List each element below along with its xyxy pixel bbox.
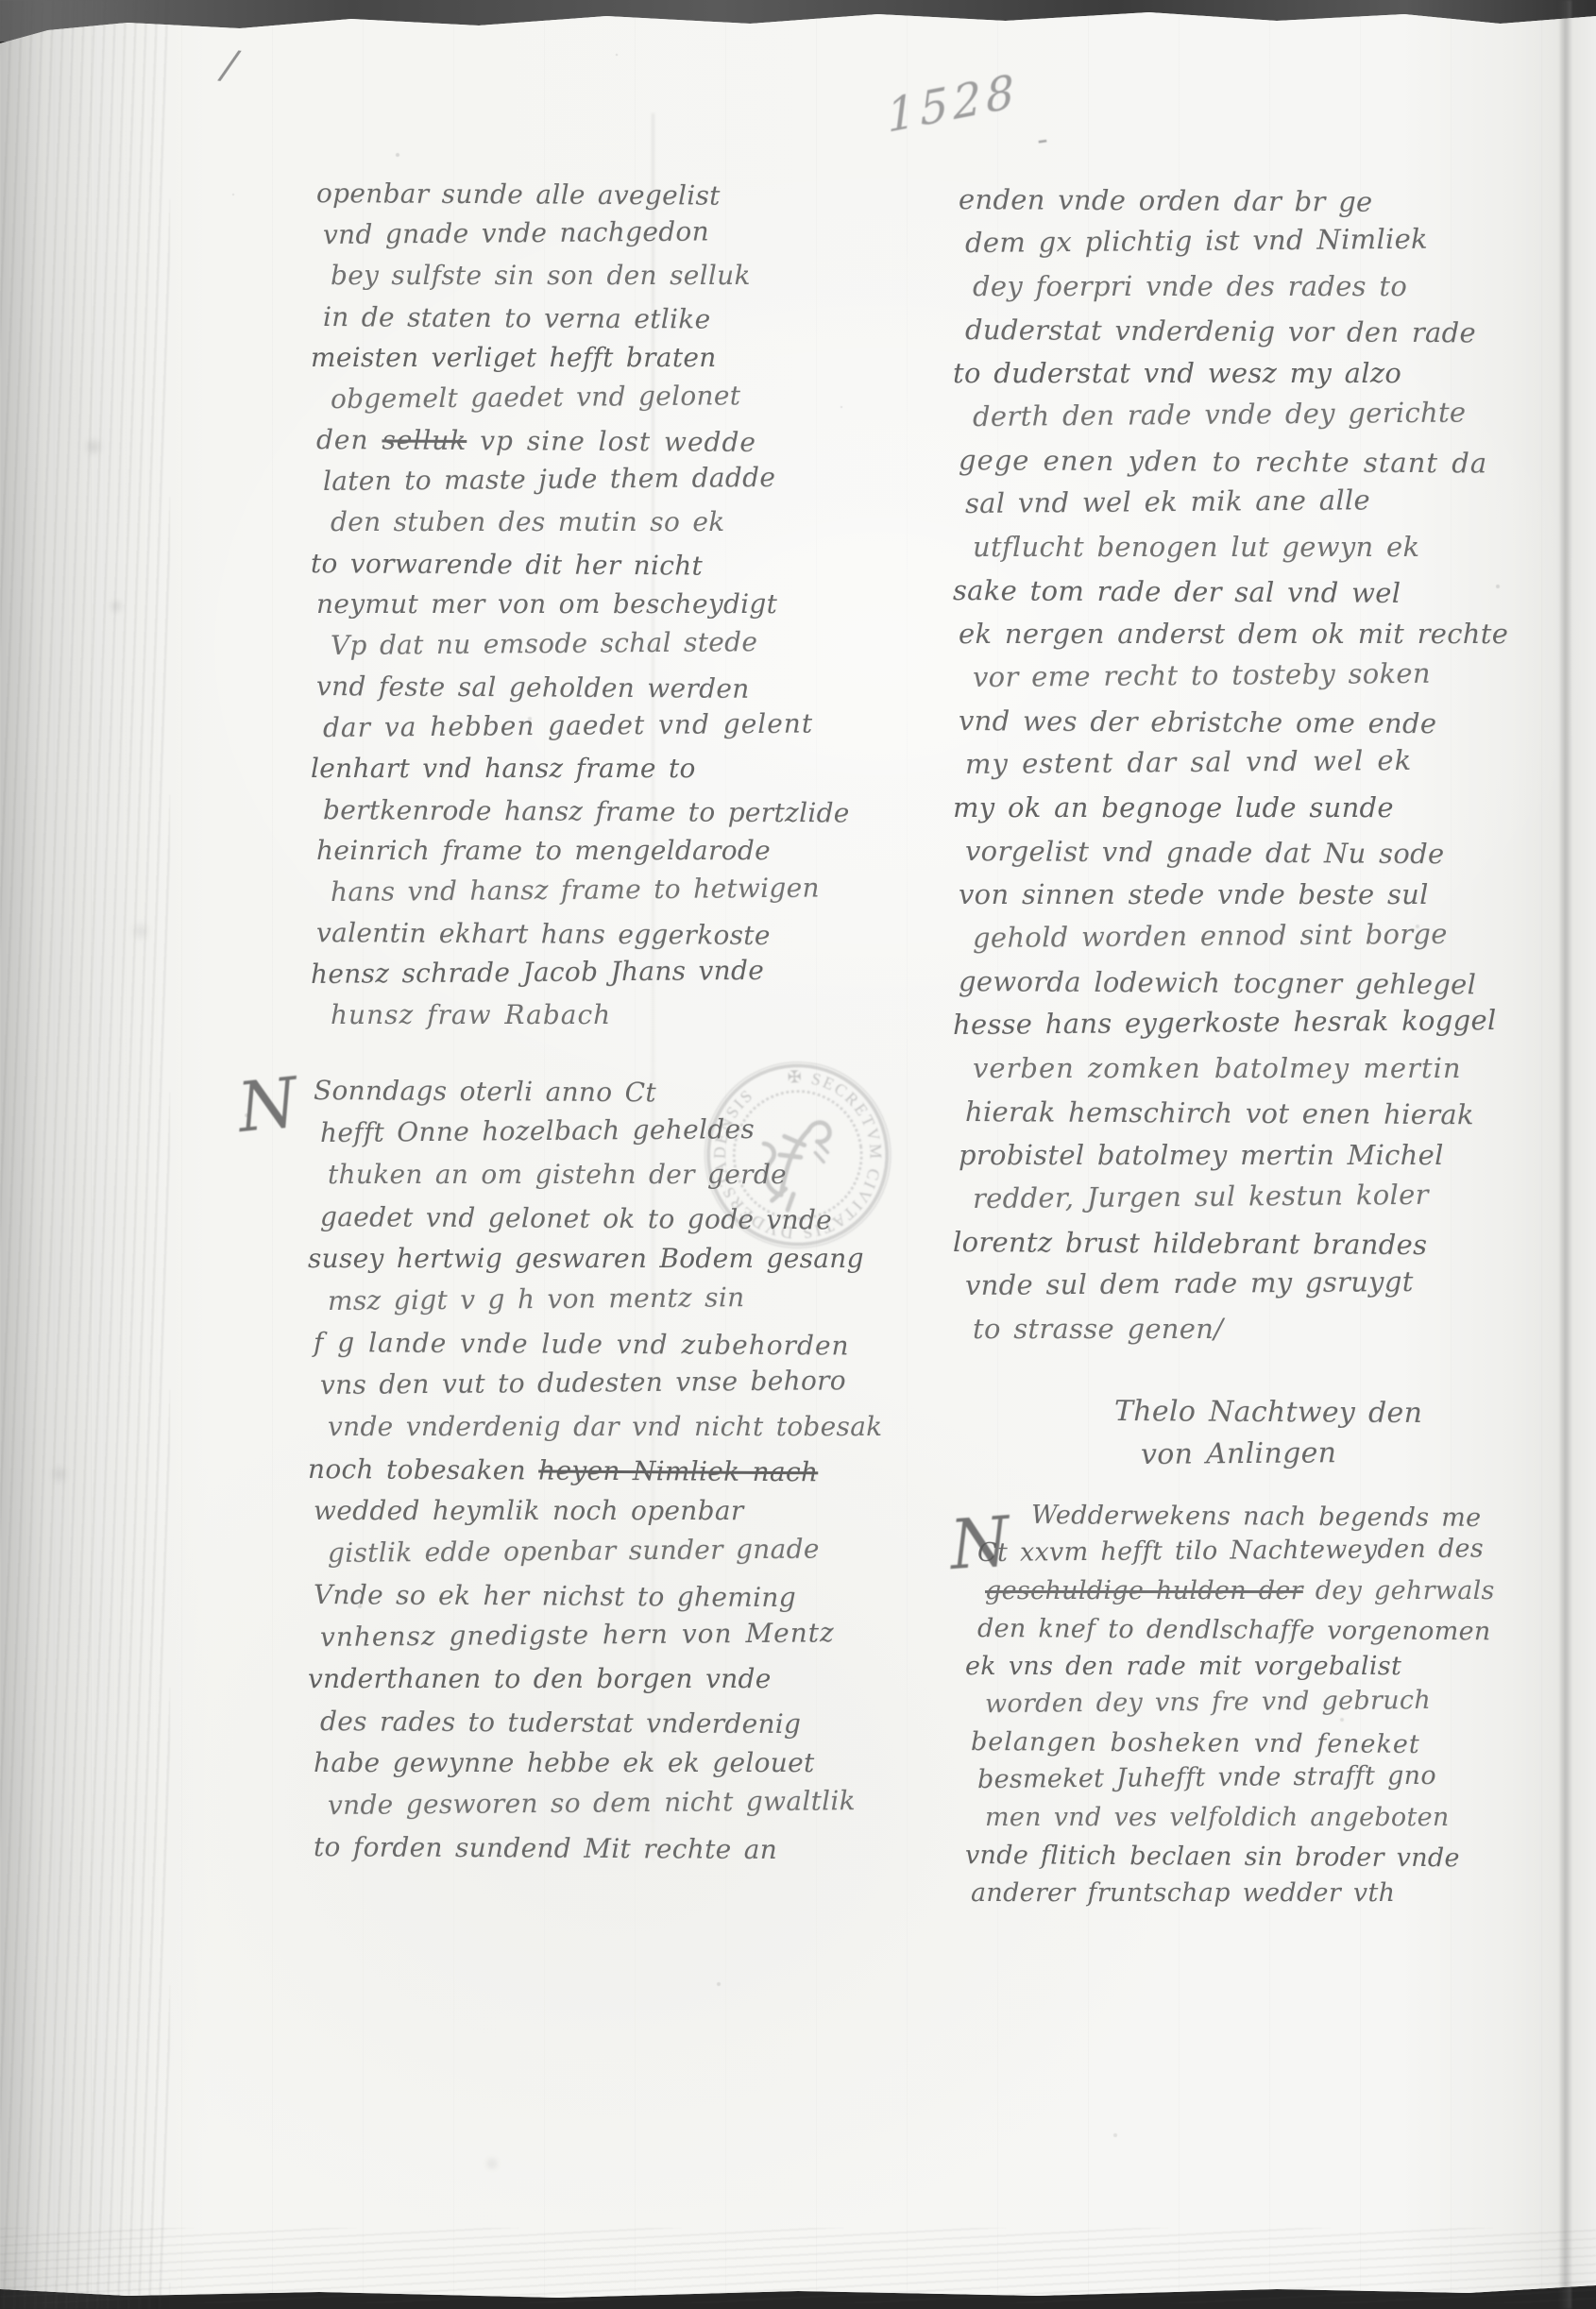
- manuscript-line: susey hertwig geswaren Bodem gesang: [308, 1238, 663, 1281]
- manuscript-line: utflucht benogen lut gewyn ek: [973, 525, 1384, 569]
- manuscript-line: gege enen yden to rechte stant da: [959, 438, 1384, 484]
- manuscript-line: gaedet vnd gelonet ok to gode vnde: [320, 1197, 663, 1241]
- manuscript-line: obgemelt gaedet vnd gelonet: [331, 375, 656, 419]
- manuscript-line: ek nergen anderst dem ok mit rechte: [959, 612, 1384, 655]
- manuscript-line: den selluk vp sine lost wedde: [316, 419, 656, 463]
- manuscript-line: derth den rade vnde dey gerichte: [973, 391, 1384, 438]
- manuscript-line: dey foerpri vnde des rades to: [973, 264, 1384, 308]
- line-text: vp sine lost wedde: [467, 425, 756, 458]
- manuscript-line: hensz schrade Jacob Jhans vnde: [311, 950, 656, 994]
- manuscript-line: von Anlingen: [1141, 1431, 1417, 1477]
- manuscript-line: den stuben des mutin so ek: [331, 501, 656, 543]
- manuscript-line: Vnde so ek her nichst to gheming: [314, 1574, 663, 1619]
- manuscript-line: Sonndags oterli anno Ct: [314, 1070, 663, 1114]
- manuscript-line: f g lande vnde lude vnd zubehorden: [314, 1322, 663, 1367]
- text-block-right-2: Wedderwekens nach begends meCt xxvm heff…: [971, 1497, 1386, 1912]
- manuscript-line: vnd feste sal geholden werden: [316, 666, 656, 709]
- manuscript-line: des rades to tuderstat vnderdenig: [320, 1701, 663, 1745]
- manuscript-line: sake tom rade der sal vnd wel: [953, 569, 1384, 615]
- manuscript-line: gistlik edde openbar sunder gnade: [328, 1529, 663, 1574]
- manuscript-line: Thelo Nachtwey den: [1114, 1390, 1417, 1435]
- manuscript-line: habe gewynne hebbe ek ek gelouet: [314, 1742, 663, 1785]
- line-text: noch tobesaken: [308, 1453, 538, 1486]
- manuscript-line: vor eme recht to tosteby soken: [973, 652, 1384, 699]
- manuscript-line: noch tobesaken heyen Nimliek nach: [308, 1449, 663, 1493]
- manuscript-line: hunsz fraw Rabach: [331, 994, 656, 1036]
- manuscript-line: geworda lodewich tocgner gehlegel: [959, 959, 1384, 1006]
- manuscript-line: besmeket Juhefft vnde strafft gno: [977, 1757, 1386, 1799]
- manuscript-line: vnderthanen to den borgen vnde: [308, 1658, 663, 1701]
- signature-block: Thelo Nachtwey denvon Anlingen: [1114, 1390, 1417, 1477]
- manuscript-line: men vnd ves velfoldich angeboten: [985, 1799, 1386, 1837]
- manuscript-line: worden dey vns fre vnd gebruch: [985, 1682, 1386, 1723]
- text-block-right-1: enden vnde orden dar br gedem gx plichti…: [959, 178, 1384, 1350]
- manuscript-line: vns den vut to dudesten vnse behoro: [320, 1361, 663, 1406]
- manuscript-line: my estent dar sal vnd wel ek: [965, 739, 1384, 786]
- manuscript-line: den knef to dendlschaffe vorgenomen: [977, 1610, 1386, 1651]
- manuscript-line: hans vnd hansz frame to hetwigen: [331, 868, 656, 912]
- manuscript-line: probistel batolmey mertin Michel: [959, 1133, 1384, 1177]
- manuscript-line: in de staten to verna etlike: [323, 297, 656, 340]
- binding-gutter: [0, 0, 170, 2309]
- manuscript-line: hierak hemschirch vot enen hierak: [965, 1090, 1384, 1136]
- line-text: den: [316, 424, 382, 455]
- line-text: dey gehrwals: [1303, 1576, 1495, 1605]
- manuscript-line: bey sulfste sin son den selluk: [331, 255, 656, 297]
- manuscript-line: vnde sul dem rade my gsruygt: [965, 1260, 1384, 1307]
- manuscript-line: laten to maste jude them dadde: [323, 457, 656, 501]
- manuscript-line: vorgelist vnd gnade dat Nu sode: [965, 829, 1384, 875]
- manuscript-line: vnhensz gnedigste hern von Mentz: [320, 1613, 663, 1658]
- manuscript-line: gehold worden ennod sint borge: [973, 912, 1384, 959]
- struck-text: heyen Nimliek nach: [538, 1454, 818, 1487]
- scan-background: / 1528 - ✠ SECRETVM CIVITATIS DVDERSTADE…: [0, 0, 1596, 2309]
- manuscript-line: wedded heymlik noch openbar: [314, 1490, 663, 1533]
- manuscript-line: lorentz brust hildebrant brandes: [953, 1220, 1384, 1266]
- struck-text: selluk: [382, 424, 467, 456]
- manuscript-line: hesse hans eygerkoste hesrak koggel: [953, 999, 1384, 1046]
- manuscript-line: neymut mer von om bescheydigt: [316, 584, 656, 625]
- manuscript-line: my ok an begnoge lude sunde: [953, 786, 1384, 829]
- paper-wrinkles: [0, 2228, 1596, 2303]
- manuscript-line: Ct xxvm hefft tilo Nachteweyden des: [977, 1531, 1386, 1572]
- manuscript-line: heinrich frame to mengeldarode: [316, 830, 656, 872]
- manuscript-line: vnd gnade vnde nachgedon: [323, 211, 656, 255]
- manuscript-line: dem gx plichtig ist vnd Nimliek: [965, 217, 1384, 264]
- manuscript-line: vnd wes der ebristche ome ende: [959, 699, 1384, 745]
- manuscript-line: vnde gesworen so dem nicht gwaltlik: [328, 1781, 663, 1826]
- manuscript-line: anderer fruntschap wedder vth: [971, 1875, 1386, 1912]
- manuscript-line: to forden sundend Mit rechte an: [314, 1826, 663, 1871]
- manuscript-line: msz gigt v g h von mentz sin: [328, 1277, 663, 1322]
- paragraph-mark-left: N: [234, 1062, 301, 1147]
- manuscript-line: lenhart vnd hansz frame to: [311, 748, 656, 789]
- manuscript-line: duderstat vnderdenig vor den rade: [965, 308, 1384, 354]
- struck-text: geschuldige hulden der: [985, 1576, 1303, 1605]
- manuscript-line: vnde flitich beclaen sin broder vnde: [965, 1837, 1386, 1877]
- city-seal-stamp: ✠ SECRETVM CIVITATIS DVDERSTADENSIS: [688, 1042, 908, 1273]
- manuscript-line: meisten verliget hefft braten: [311, 337, 656, 379]
- manuscript-line: vnde vnderdenig dar vnd nicht tobesak: [328, 1406, 663, 1449]
- manuscript-line: Vp dat nu emsode schal stede: [331, 621, 656, 666]
- manuscript-line: valentin ekhart hans eggerkoste: [316, 912, 656, 956]
- paper-specks: [0, 0, 2, 2]
- manuscript-line: thuken an om gistehn der gerde: [328, 1154, 663, 1197]
- text-block-left-2: Sonndags oterli anno Cthefft Onne hozelb…: [314, 1070, 663, 1869]
- page-edge-fold: [1558, 0, 1571, 2309]
- manuscript-line: bertkenrode hansz frame to pertzlide: [323, 789, 656, 833]
- text-block-left-1: openbar sunde alle avegelistvnd gnade vn…: [316, 173, 656, 1036]
- manuscript-line: dar va hebben gaedet vnd gelent: [323, 704, 656, 748]
- manuscript-line: to strasse genen/: [973, 1307, 1384, 1350]
- manuscript-line: openbar sunde alle avegelist: [316, 173, 656, 216]
- manuscript-line: ek vns den rade mit vorgebalist: [965, 1648, 1386, 1686]
- manuscript-line: to vorwarende dit her nicht: [311, 543, 656, 586]
- manuscript-line: von sinnen stede vnde beste sul: [959, 873, 1384, 916]
- manuscript-line: geschuldige hulden der dey gehrwals: [985, 1572, 1386, 1610]
- manuscript-line: to duderstat vnd wesz my alzo: [953, 351, 1384, 395]
- manuscript-line: redder, Jurgen sul kestun koler: [973, 1173, 1384, 1220]
- manuscript-line: hefft Onne hozelbach geheldes: [320, 1109, 663, 1154]
- manuscript-line: enden vnde orden dar br ge: [959, 178, 1384, 224]
- manuscript-line: verben zomken batolmey mertin: [973, 1046, 1384, 1090]
- manuscript-line: sal vnd wel ek mik ane alle: [965, 478, 1384, 525]
